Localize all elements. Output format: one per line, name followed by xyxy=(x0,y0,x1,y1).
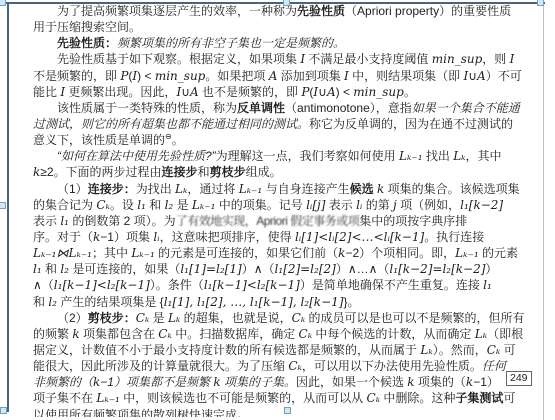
text-segment: Lₖ₋₁⋈Lₖ₋₁ xyxy=(33,246,92,260)
text-segment: 。 xyxy=(404,85,416,99)
selection-handle-top-middle[interactable] xyxy=(283,0,290,6)
page-text: 为了提高频繁项集逐层产生的效率，一种称为先验性质（Apriori propert… xyxy=(33,3,530,417)
text-segment: A xyxy=(190,85,199,99)
text-line: （1）连接步：为找出 Lₖ，通过将 Lₖ₋₁ 与自身连接产生候选 k 项集的集合… xyxy=(33,181,530,197)
text-segment: Cₖ xyxy=(136,311,150,325)
text-segment: Cₖ xyxy=(158,327,172,341)
text-segment: ）∧（ xyxy=(242,262,275,276)
text-segment: l₁[1], l₁[2], …, l₁[k−1], l₂[k−1] xyxy=(164,295,344,309)
text-segment: 中，则结果项集（即 xyxy=(349,69,464,83)
text-segment: 更频繁出现。因此， xyxy=(65,85,176,99)
text-segment: Cₖ xyxy=(299,327,313,341)
text-segment: 反单调性 xyxy=(237,101,285,115)
text-line: 据定义，计数值不小于最小支持度计数的所有候选都是频繁的，从而属于 Lₖ）。然而，… xyxy=(33,342,530,358)
text-line: 意义下，该性质是单调的⊖。 xyxy=(33,132,530,148)
text-segment: Lₖ xyxy=(168,311,180,325)
text-segment: ）。然而， xyxy=(433,343,487,357)
text-segment: 意义下，该性质是单调的 xyxy=(33,133,165,147)
text-segment: l₁ xyxy=(60,214,69,228)
text-line: 能很大，因此所涉及的计算量就很大。为了压缩 Cₖ，可以用以下办法使用先验性质。任… xyxy=(33,358,530,374)
text-segment: 的成员可以是也可以不是频繁的，但所有 xyxy=(305,311,524,325)
text-segment: Lₖ xyxy=(475,327,487,341)
text-segment: 和 xyxy=(33,295,48,309)
text-segment: A xyxy=(327,85,336,99)
text-line: “如何在算法中使用先验性质?”为理解这一点，我们考察如何使用 Lₖ₋₁ 找出 L… xyxy=(33,148,530,164)
text-segment: Lₖ₋₁ xyxy=(399,149,423,163)
text-segment: l₁ xyxy=(33,262,42,276)
text-segment: 的集合记为 xyxy=(33,198,96,212)
page-right-edge xyxy=(543,0,544,420)
text-segment: ∧（ xyxy=(33,278,54,292)
text-segment: 的频繁 xyxy=(33,327,72,341)
text-segment: 以使用所有频繁项集的散列树快速完成。 xyxy=(33,408,249,417)
text-segment: Lₖ xyxy=(420,343,432,357)
text-segment: l₁[k−1]<l₂[k−1] xyxy=(54,278,150,292)
text-segment: min_sup xyxy=(432,52,483,66)
text-line: 能比 I 更频繁出现。因此，I∪A 也不是频繁的，即 P(I∪A) < min_… xyxy=(33,84,530,100)
text-line: ∧（l₁[k−1]<l₂[k−1]）。条件（l₁[k−1]<l₂[k−1]）是简… xyxy=(33,277,530,293)
text-segment: 中，则该候选也不可能是频繁的，从而可以从 xyxy=(120,391,367,405)
text-segment: 的元素 xyxy=(479,246,518,260)
text-line: 和 l₂ 产生的结果项集是 {l₁[1], l₁[2], …, l₁[k−1],… xyxy=(33,294,530,310)
text-segment: 如果一个集合不能通 xyxy=(412,101,520,115)
text-segment: 连接步： xyxy=(88,182,136,196)
text-line: 序。对于（k−1）项集 lᵢ，这意味把项排序，使得 lᵢ[1]<lᵢ[2]<…<… xyxy=(33,229,530,245)
text-segment: （即根 xyxy=(487,327,523,341)
text-line: 的集合记为 Cₖ。设 l₁ 和 l₂ 是 Lₖ₋₁ 中的项集。记号 lᵢ[j] … xyxy=(33,197,530,213)
text-segment: 。执行连接 xyxy=(424,230,484,244)
text-segment: l₂ xyxy=(165,198,174,212)
text-segment: ） xyxy=(485,262,497,276)
text-segment: k xyxy=(407,375,414,389)
text-segment: Lₖ₋₁ xyxy=(455,246,479,260)
text-segment: l₁[2]=l₂[2] xyxy=(274,262,335,276)
text-segment: }。 xyxy=(343,295,359,309)
text-segment: ，这意味把项排序，使得 xyxy=(160,230,295,244)
text-segment: 先验性质基于如下观察。根据定义，如果项集 xyxy=(57,52,300,66)
text-segment: ∪ xyxy=(468,69,477,83)
text-segment: 表示 xyxy=(33,214,60,228)
text-line: 为了提高频繁项集逐层产生的效率，一种称为先验性质（Apriori propert… xyxy=(33,3,530,19)
text-segment: 剪枝步 xyxy=(210,165,246,179)
text-segment: （2） xyxy=(57,311,88,325)
text-segment: Cₖ xyxy=(292,311,306,325)
text-segment: “如何在算法中使用先验性质?” xyxy=(57,149,216,163)
text-segment: l₁[k−1]<l₂[k−1] xyxy=(204,278,300,292)
text-segment: Lₖ₋₁ xyxy=(239,182,263,196)
text-segment: Lₖ xyxy=(453,149,465,163)
selection-handle-top-right[interactable] xyxy=(537,0,544,6)
text-segment: Lₖ xyxy=(175,182,187,196)
text-segment: 先验性质 xyxy=(297,4,345,18)
text-segment: 中。扫描数据库，确定 xyxy=(172,327,299,341)
text-segment: 非频繁的（ xyxy=(33,375,93,389)
text-segment: ，通过将 xyxy=(187,182,238,196)
text-segment: 中删除。这种 xyxy=(380,391,455,405)
text-segment: 和 xyxy=(198,165,210,179)
text-segment: 的元素是可连接的，如果它们前（ xyxy=(155,246,338,260)
text-line: （2）剪枝步：Cₖ 是 Lₖ 的超集，也就是说，Cₖ 的成员可以是也可以不是频繁… xyxy=(33,310,530,326)
text-line: 项子集不在 Lₖ₋₁ 中，则该候选也不可能是频繁的，从而可以从 Cₖ 中删除。这… xyxy=(33,390,530,406)
text-segment: 项集都包含在 xyxy=(80,327,159,341)
text-segment: 与自身连接产生 xyxy=(262,182,349,196)
text-segment: 集中的项按字典序排 xyxy=(359,214,467,228)
text-line: 先验性质基于如下观察。根据定义，如果项集 I 不满足最小支持度阈值 min_su… xyxy=(33,51,530,67)
text-segment: ) < xyxy=(137,69,155,83)
text-segment: k xyxy=(213,375,220,389)
text-segment: −1）项集 xyxy=(100,230,153,244)
text-segment: ) < xyxy=(336,85,354,99)
text-segment: 项集的（ xyxy=(415,375,466,389)
text-segment: 剪枝步： xyxy=(88,311,136,325)
text-segment: （1） xyxy=(57,182,88,196)
text-segment: 。 xyxy=(172,133,184,147)
text-segment: l₁[k−2]=l₂[k−2] xyxy=(389,262,485,276)
text-segment: −1） xyxy=(473,375,499,389)
selection-handle-bottom-left[interactable] xyxy=(0,407,7,414)
text-segment: （Apriori property）的重要性质 xyxy=(345,4,511,18)
text-line: 先验性质：频繁项集的所有非空子集也一定是频繁的。 xyxy=(33,35,530,51)
text-segment: 连接步 xyxy=(162,165,198,179)
text-segment: 任何 xyxy=(482,359,506,373)
selection-border-left xyxy=(7,2,9,412)
text-segment: 项子集不在 xyxy=(33,391,96,405)
text-segment: ）是简单地确保不产生重复。连接 xyxy=(300,278,483,292)
text-segment: 是 xyxy=(149,311,168,325)
text-segment: −1）项集都不是频繁 xyxy=(100,375,213,389)
text-segment: 候选 xyxy=(350,182,374,196)
text-segment: lᵢ[j] xyxy=(306,198,325,212)
text-segment: ）。条件（ xyxy=(150,278,204,292)
text-segment: Lₖ₋₁ xyxy=(131,246,155,260)
text-segment: 表示 xyxy=(325,198,356,212)
text-segment: A xyxy=(477,69,486,83)
text-segment: 项集的集合。该候选项集 xyxy=(384,182,519,196)
text-segment: ∪ xyxy=(318,85,327,99)
text-segment: 称它为反单调的，因为在通不过测试的 xyxy=(309,117,513,131)
text-segment: 不满足最小支持度阈值 xyxy=(305,52,432,66)
text-segment: ）不可 xyxy=(486,69,522,83)
text-segment: 能比 xyxy=(33,85,60,99)
text-segment: ，其中 xyxy=(466,149,502,163)
text-line: 的频繁 k 项集都包含在 Cₖ 中。扫描数据库，确定 Cₖ 中每个候选的计数，从… xyxy=(33,326,530,342)
text-segment: lᵢ[1]<lᵢ[2]<…<lᵢ[k−1] xyxy=(295,230,424,244)
text-segment: k xyxy=(72,327,79,341)
text-line: Lₖ₋₁⋈Lₖ₋₁；其中 Lₖ₋₁ 的元素是可连接的，如果它们前（k−2）个项相… xyxy=(33,245,530,261)
text-segment: Lₖ₋₁ xyxy=(192,198,216,212)
text-segment: 和 xyxy=(146,198,165,212)
text-segment: 中每个候选的计数，从而确定 xyxy=(312,327,475,341)
text-segment: Cₖ xyxy=(288,359,302,373)
text-segment: ，则 xyxy=(482,52,509,66)
text-line: 表示 l₁ 的倒数第 2 项）。为了有效地实现，Apriori 假定事务或项集中… xyxy=(33,213,530,229)
selection-handle-bottom-middle[interactable] xyxy=(284,407,291,414)
text-segment: 为理解这一点，我们考察如何使用 xyxy=(216,149,399,163)
text-line: 用于压缩搜索空间。 xyxy=(33,19,530,35)
text-segment: 的倒数第 2 项）。为 xyxy=(69,214,176,228)
text-segment: ；其中 xyxy=(92,246,131,260)
selection-handle-left-middle[interactable] xyxy=(0,202,6,209)
text-segment: 的超集，也就是说， xyxy=(180,311,291,325)
text-segment: 该性质属于一类特殊的性质，称为 xyxy=(57,101,237,115)
text-segment: −2）个项相同。即， xyxy=(345,246,455,260)
text-segment: 和 xyxy=(42,262,61,276)
text-segment: 。如果把项 xyxy=(205,69,268,83)
text-segment: l₁[k−2] xyxy=(460,198,503,212)
text-line: 过测试，则它的所有超集也都不能通过相同的测试。称它为反单调的，因为在通不过测试的 xyxy=(33,116,530,132)
text-segment: 组成。 xyxy=(246,165,282,179)
text-segment: 频繁项集的所有非空子集也一定是频繁的。 xyxy=(117,36,345,50)
text-segment: min_sup xyxy=(353,85,404,99)
text-segment: 项集的子集。 xyxy=(221,375,296,389)
text-segment: 是可连接的，如果（ xyxy=(69,262,180,276)
page-number-badge: 249 xyxy=(506,371,532,386)
text-segment: 用于压缩搜索空间。 xyxy=(33,20,141,34)
garbled-text-segment: 了有效地实现，Apriori 假定事务或项 xyxy=(176,214,360,228)
text-segment: 序。对于（ xyxy=(33,230,93,244)
text-segment: 是 xyxy=(173,198,192,212)
text-segment: （antimonotone），意指 xyxy=(285,101,412,115)
text-segment: ）∧…∧（ xyxy=(336,262,390,276)
text-segment: l₁ xyxy=(483,278,492,292)
text-segment: 添加到项集 xyxy=(277,69,344,83)
text-segment: 不是频繁的，即 xyxy=(33,69,120,83)
text-segment: 产生的结果项集是 { xyxy=(57,295,164,309)
text-segment: 可 xyxy=(503,391,515,405)
text-segment: ⊖ xyxy=(165,132,172,141)
text-segment: ∪ xyxy=(181,85,190,99)
text-segment: 为了提高频繁项集逐层产生的效率，一种称为 xyxy=(57,4,297,18)
text-segment: Cₖ xyxy=(96,198,110,212)
text-line: 非频繁的（k−1）项集都不是频繁 k 项集的子集。因此，如果一个候选 k 项集的… xyxy=(33,374,530,390)
text-segment: ≥2。下面的两步过程由 xyxy=(40,165,161,179)
text-line: 不是频繁的，即 P(I) < min_sup。如果把项 A 添加到项集 I 中，… xyxy=(33,68,530,84)
text-segment: Cₖ xyxy=(487,343,501,357)
text-segment: 据定义，计数值不小于最小支持度计数的所有候选都是频繁的，从而属于 xyxy=(33,343,420,357)
text-line: k≥2。下面的两步过程由连接步和剪枝步组成。 xyxy=(33,164,530,180)
text-line: 以使用所有频繁项集的散列树快速完成。 xyxy=(33,407,530,417)
text-segment: 。设 xyxy=(110,198,137,212)
text-line: l₁ 和 l₂ 是可连接的，如果（l₁[1]=l₂[1]）∧（l₁[2]=l₂[… xyxy=(33,261,530,277)
text-segment: l₂ xyxy=(60,262,69,276)
text-segment: 为找出 xyxy=(136,182,175,196)
text-segment: Cₖ xyxy=(367,391,381,405)
text-segment: min_sup xyxy=(155,69,206,83)
text-segment: 的第 xyxy=(362,198,393,212)
text-segment: 能很大，因此所涉及的计算量就很大。为了压缩 xyxy=(33,359,288,373)
text-segment: 找出 xyxy=(423,149,454,163)
text-segment: 项（例如， xyxy=(397,198,460,212)
text-line: 该性质属于一类特殊的性质，称为反单调性（antimonotone），意指如果一个… xyxy=(33,100,530,116)
text-segment: 可 xyxy=(500,343,515,357)
text-segment: 中的项集。记号 xyxy=(215,198,306,212)
text-segment: Lₖ₋₁ xyxy=(96,391,120,405)
text-segment: 也不是频繁的，即 xyxy=(199,85,302,99)
selection-handle-top-left[interactable] xyxy=(0,0,6,6)
text-segment: l₁ xyxy=(137,198,146,212)
text-segment: l₂ xyxy=(48,295,57,309)
text-segment: 过测试，则它的所有超集也都不能通过相同的测试。 xyxy=(33,117,309,131)
text-segment: ，可以用以下办法使用先验性质。 xyxy=(302,359,482,373)
text-segment: I xyxy=(510,52,515,66)
text-segment: 子集测试 xyxy=(455,391,503,405)
text-segment: l₁[1]=l₂[1] xyxy=(180,262,241,276)
text-segment: 因此，如果一个候选 xyxy=(296,375,407,389)
text-segment: 先验性质： xyxy=(57,36,117,50)
